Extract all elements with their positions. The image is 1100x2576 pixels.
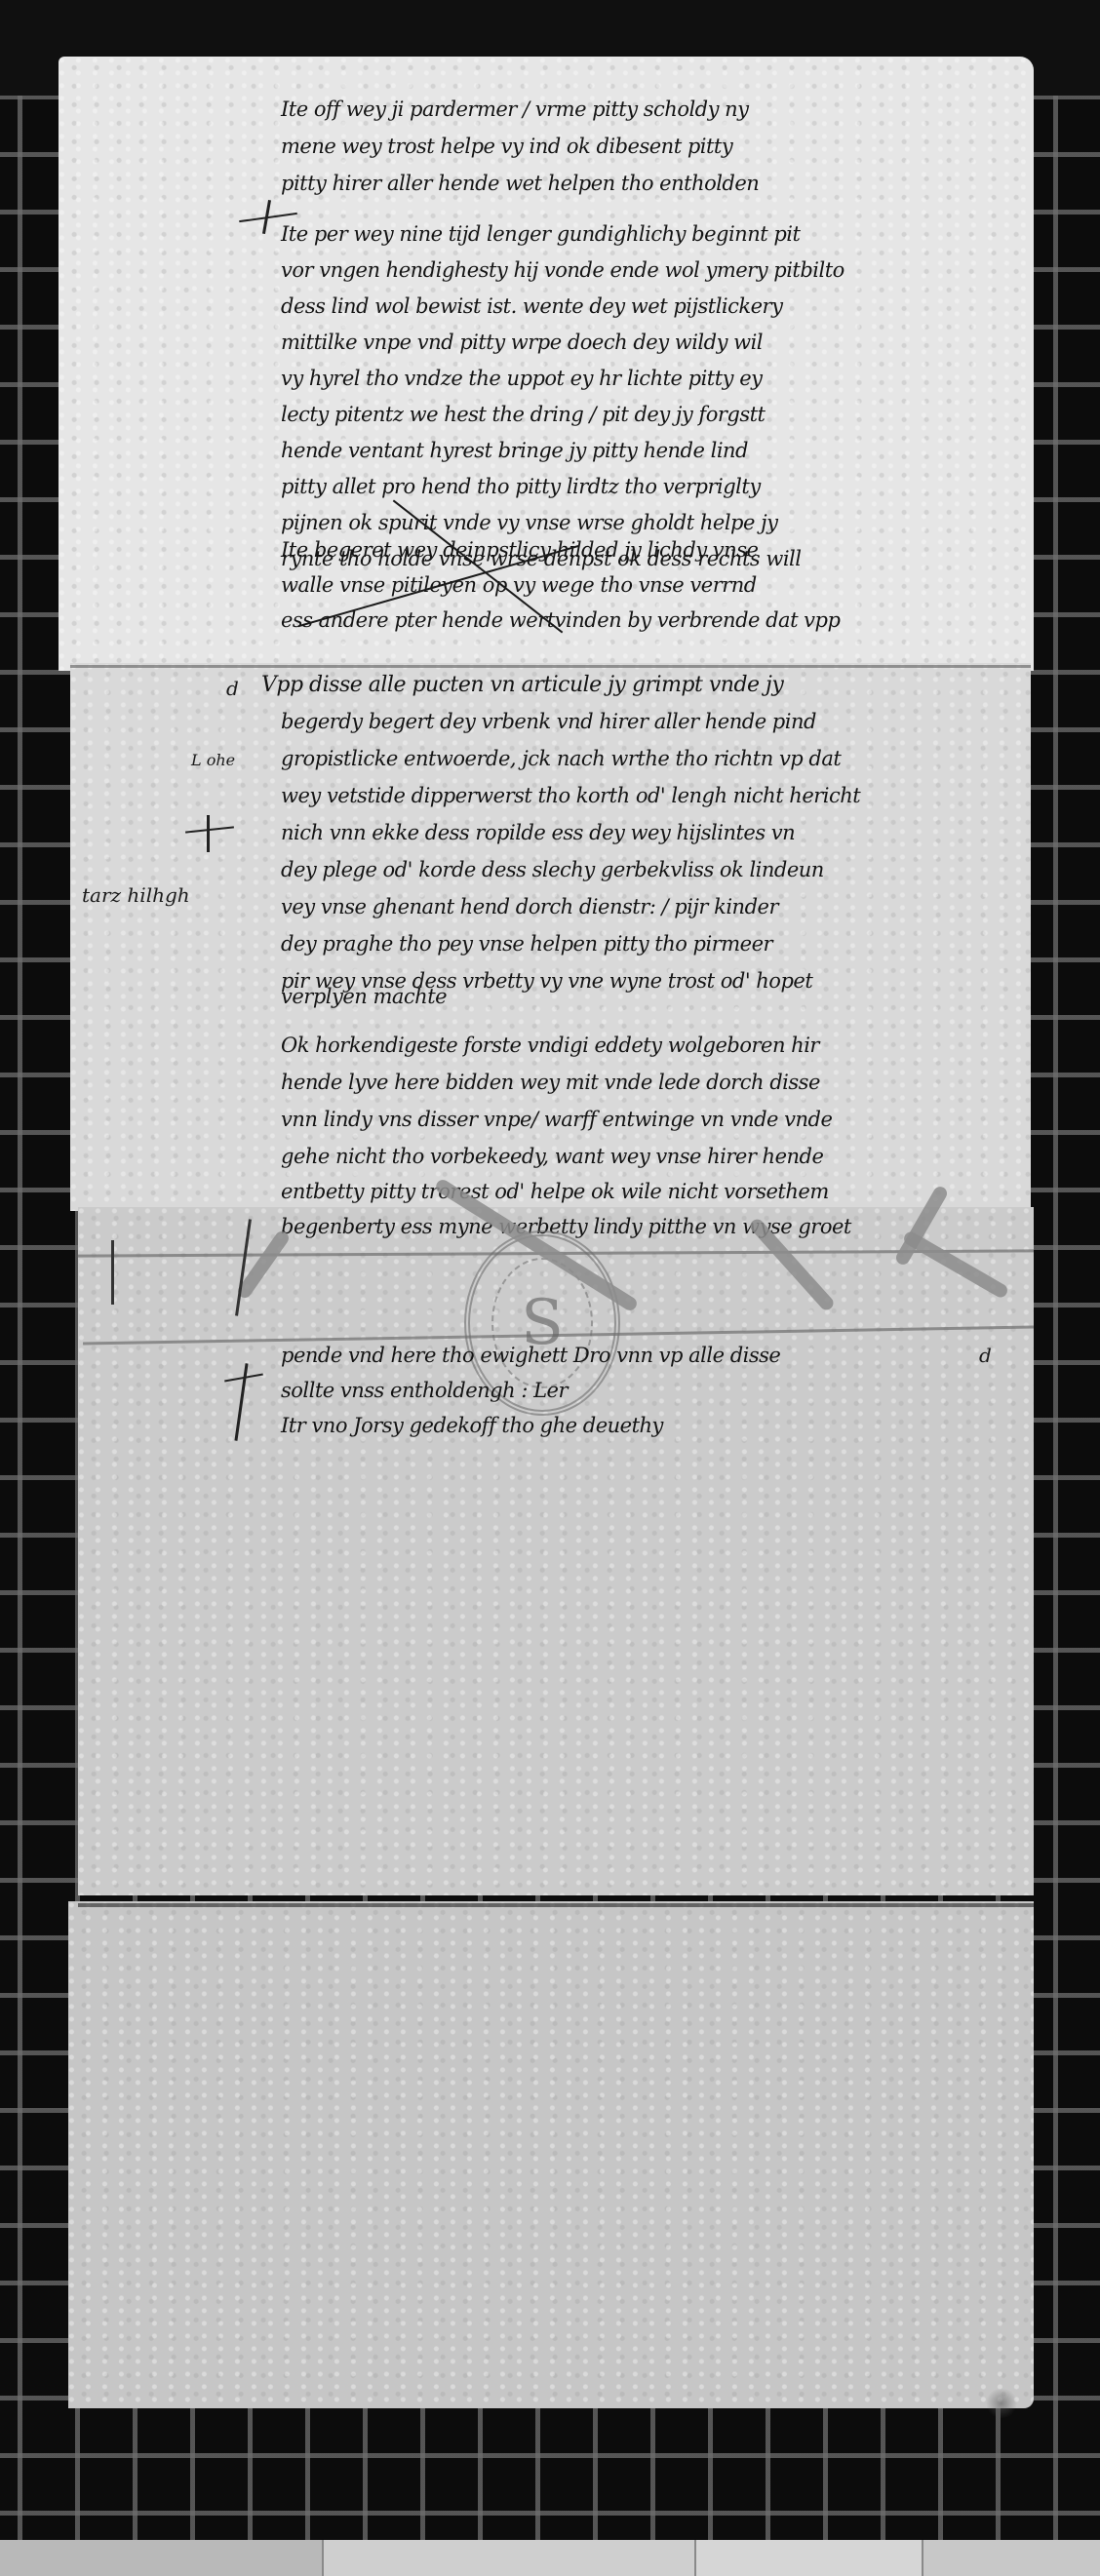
manuscript-line: vy hyrel tho vndze the uppot ey hr licht… — [281, 367, 763, 390]
manuscript-line: dey praghe tho pey vnse helpen pitty tho… — [281, 932, 772, 956]
manuscript-line: lecty pitentz we hest the dring / pit de… — [281, 403, 765, 426]
cross-mark — [207, 815, 210, 852]
manuscript-line: nich vnn ekke dess ropilde ess dey wey h… — [281, 821, 795, 844]
manuscript-line: Itr vno Jorsy gedekoff tho ghe deuethy — [281, 1414, 663, 1437]
manuscript-line: Ite per wey nine tijd lenger gundighlich… — [281, 222, 800, 246]
scanner-table-surface — [0, 2540, 1100, 2576]
manuscript-line: vnn lindy vns disser vnpe/ warff entwing… — [281, 1108, 832, 1131]
table-seam — [694, 2540, 696, 2576]
manuscript-line: vey vnse ghenant hend dorch dienstr: / p… — [281, 895, 778, 918]
manuscript-line: Ite begeret wey deinpstlicy hilded jy li… — [281, 538, 758, 562]
manuscript-line: vor vngen hendighesty hij vonde ende wol… — [281, 258, 845, 282]
manuscript-line: mene wey trost helpe vy ind ok dibesent … — [281, 135, 732, 158]
manuscript-line: pende vnd here tho ewighett Dro vnn vp a… — [281, 1344, 780, 1367]
manuscript-line: entbetty pitty trorest od' helpe ok wile… — [281, 1180, 829, 1203]
manuscript-line: wey vetstide dipperwerst tho korth od' l… — [281, 784, 860, 807]
fold-line — [78, 1903, 1034, 1907]
manuscript-line: gehe nicht tho vorbekeedy, want wey vnse… — [281, 1145, 823, 1168]
manuscript-line: gropistlicke entwoerde, jck nach wrthe t… — [281, 747, 841, 770]
margin-note: d — [979, 1344, 992, 1367]
margin-note: L ohe — [191, 751, 235, 769]
slit-mark — [111, 1240, 114, 1305]
manuscript-line: mittilke vnpe vnd pitty wrpe doech dey w… — [281, 331, 763, 354]
manuscript-line: walle vnse pitileyen op vy wege tho vnse… — [281, 573, 757, 597]
manuscript-line: pitty hirer aller hende wet helpen tho e… — [281, 172, 759, 195]
manuscript-line: verplyen machte — [281, 985, 447, 1008]
manuscript-line: dey plege od' korde dess slechy gerbekvl… — [281, 858, 824, 881]
manuscript-line: sollte vnss entholdengh : Ler — [281, 1379, 568, 1402]
manuscript-line: pijnen ok spurit vnde vy vnse wrse ghold… — [281, 511, 777, 534]
manuscript-line: ess andere pter hende wertvinden by verb… — [281, 608, 840, 632]
manuscript-line: hende lyve here bidden wey mit vnde lede… — [281, 1071, 820, 1094]
table-seam — [322, 2540, 324, 2576]
manuscript-line: dess lind wol bewist ist. wente dey wet … — [281, 294, 782, 318]
ink-smudge — [985, 2389, 1018, 2418]
fold-line — [70, 665, 1031, 668]
manuscript-line: Ok horkendigeste forste vndigi eddety wo… — [281, 1034, 819, 1057]
manuscript-line: begerdy begert dey vrbenk vnd hirer alle… — [281, 710, 816, 733]
manuscript-line: hende ventant hyrest bringe jy pitty hen… — [281, 439, 748, 462]
manuscript-line: Ite off wey ji pardermer / vrme pitty sc… — [281, 98, 749, 121]
parchment-section-4 — [68, 1901, 1034, 2408]
margin-note: tarz hilhgh — [82, 883, 190, 907]
table-seam — [922, 2540, 923, 2576]
margin-note: d — [226, 677, 239, 700]
manuscript-line: Vpp disse alle pucten vn articule jy gri… — [261, 673, 783, 697]
manuscript-line: pitty allet pro hend tho pitty lirdtz th… — [281, 475, 761, 498]
